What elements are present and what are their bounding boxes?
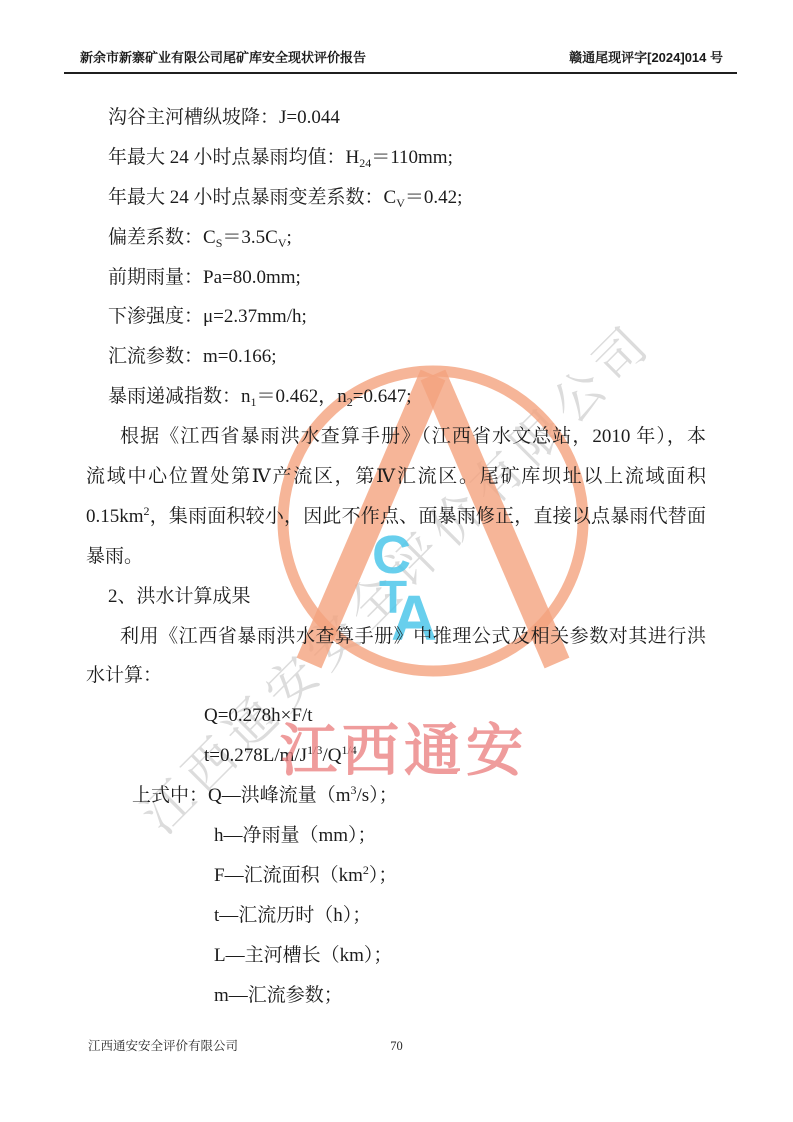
footer-company-name: 江西通安安全评价有限公司 [88,1038,390,1054]
text-line: 0.15km2，集雨面积较小，因此不作点、面暴雨修正，直接以点暴雨代替面 [86,497,706,537]
text-line: 根据《江西省暴雨洪水查算手册》（江西省水文总站，2010 年），本 [86,417,706,457]
text-line: 暴雨递减指数：n1＝0.462，n2=0.647; [86,377,706,417]
page-footer: 江西通安安全评价有限公司 70 [88,1038,705,1054]
text-line: 沟谷主河槽纵坡降：J=0.044 [86,98,706,138]
text-line: 汇流参数：m=0.166; [86,337,706,377]
body-text: 沟谷主河槽纵坡降：J=0.044年最大 24 小时点暴雨均值：H24＝110mm… [86,98,706,1015]
header-doc-number: 赣通尾现评字[2024]014 号 [569,50,723,66]
header-report-title: 新余市新寨矿业有限公司尾矿库安全现状评价报告 [80,50,366,66]
text-line: L—主河槽长（km）； [86,936,706,976]
text-line: 前期雨量：Pa=80.0mm; [86,258,706,298]
text-line: 流域中心位置处第Ⅳ产流区，第Ⅳ汇流区。尾矿库坝址以上流域面积 [86,457,706,497]
text-line: 下渗强度：μ=2.37mm/h; [86,297,706,337]
watermark-red-brand-text: 江西通安 [280,720,528,783]
text-line: F—汇流面积（km2）； [86,856,706,896]
text-line: 暴雨。 [86,537,706,577]
text-line: t—汇流历时（h）； [86,896,706,936]
footer-page-number: 70 [390,1038,403,1054]
document-page: { "page": {"width": 793, "height": 1122,… [0,0,793,1122]
text-line: 偏差系数：CS＝3.5CV; [86,218,706,258]
page-header: 新余市新寨矿业有限公司尾矿库安全现状评价报告 赣通尾现评字[2024]014 号 [64,50,737,74]
text-line: h—净雨量（mm）； [86,816,706,856]
text-line: m—汇流参数； [86,976,706,1016]
text-line: 年最大 24 小时点暴雨变差系数：CV＝0.42; [86,178,706,218]
text-line: 年最大 24 小时点暴雨均值：H24＝110mm; [86,138,706,178]
text-line: 利用《江西省暴雨洪水查算手册》中推理公式及相关参数对其进行洪 [86,617,706,657]
text-line: 2、洪水计算成果 [86,577,706,617]
text-line: 水计算： [86,656,706,696]
